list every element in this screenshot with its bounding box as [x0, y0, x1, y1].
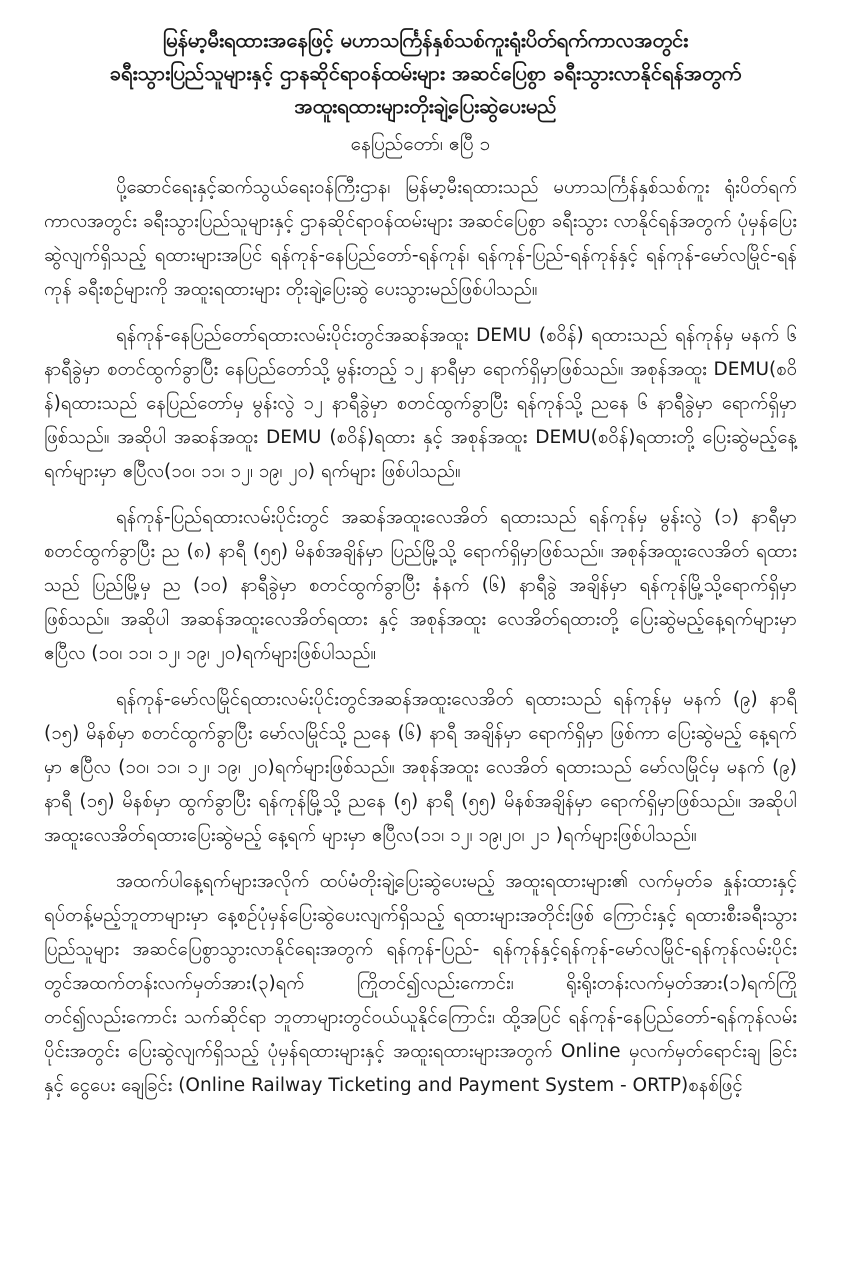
- headline: မြန်မာ့မီးရထားအနေဖြင့် မဟာသင်္ကြန်နှစ်သစ…: [44, 24, 797, 123]
- headline-line-3: အထူးရထားများတိုးချဲ့ပြေးဆွဲပေးမည်: [54, 90, 797, 123]
- paragraph-tickets-info: အထက်ပါနေ့ရက်များအလိုက် ထပ်မံတိုးချဲ့ပြေး…: [44, 865, 797, 1103]
- paragraph-yangon-naypyitaw: ရန်ကုန်-နေပြည်တော်ရထားလမ်းပိုင်းတွင်အဆန်…: [44, 319, 797, 489]
- dateline: နေပြည်တော်၊ ဧပြီ ၁: [44, 129, 797, 159]
- headline-line-1: မြန်မာ့မီးရထားအနေဖြင့် မဟာသင်္ကြန်နှစ်သစ…: [54, 24, 797, 57]
- paragraph-intro: ပို့ဆောင်ရေးနှင့်ဆက်သွယ်ရေးဝန်ကြီးဌာန၊ မ…: [44, 171, 797, 307]
- paragraph-yangon-pyay: ရန်ကုန်-ပြည်ရထားလမ်းပိုင်းတွင် အဆန်အထူးလ…: [44, 501, 797, 671]
- paragraph-yangon-mawlamyine: ရန်ကုန်-မော်လမြိုင်ရထားလမ်းပိုင်းတွင်အဆန…: [44, 683, 797, 853]
- headline-line-2: ခရီးသွားပြည်သူများနှင့် ဌာနဆိုင်ရာဝန်ထမ်…: [54, 57, 797, 90]
- press-release-page: မြန်မာ့မီးရထားအနေဖြင့် မဟာသင်္ကြန်နှစ်သစ…: [0, 0, 859, 1280]
